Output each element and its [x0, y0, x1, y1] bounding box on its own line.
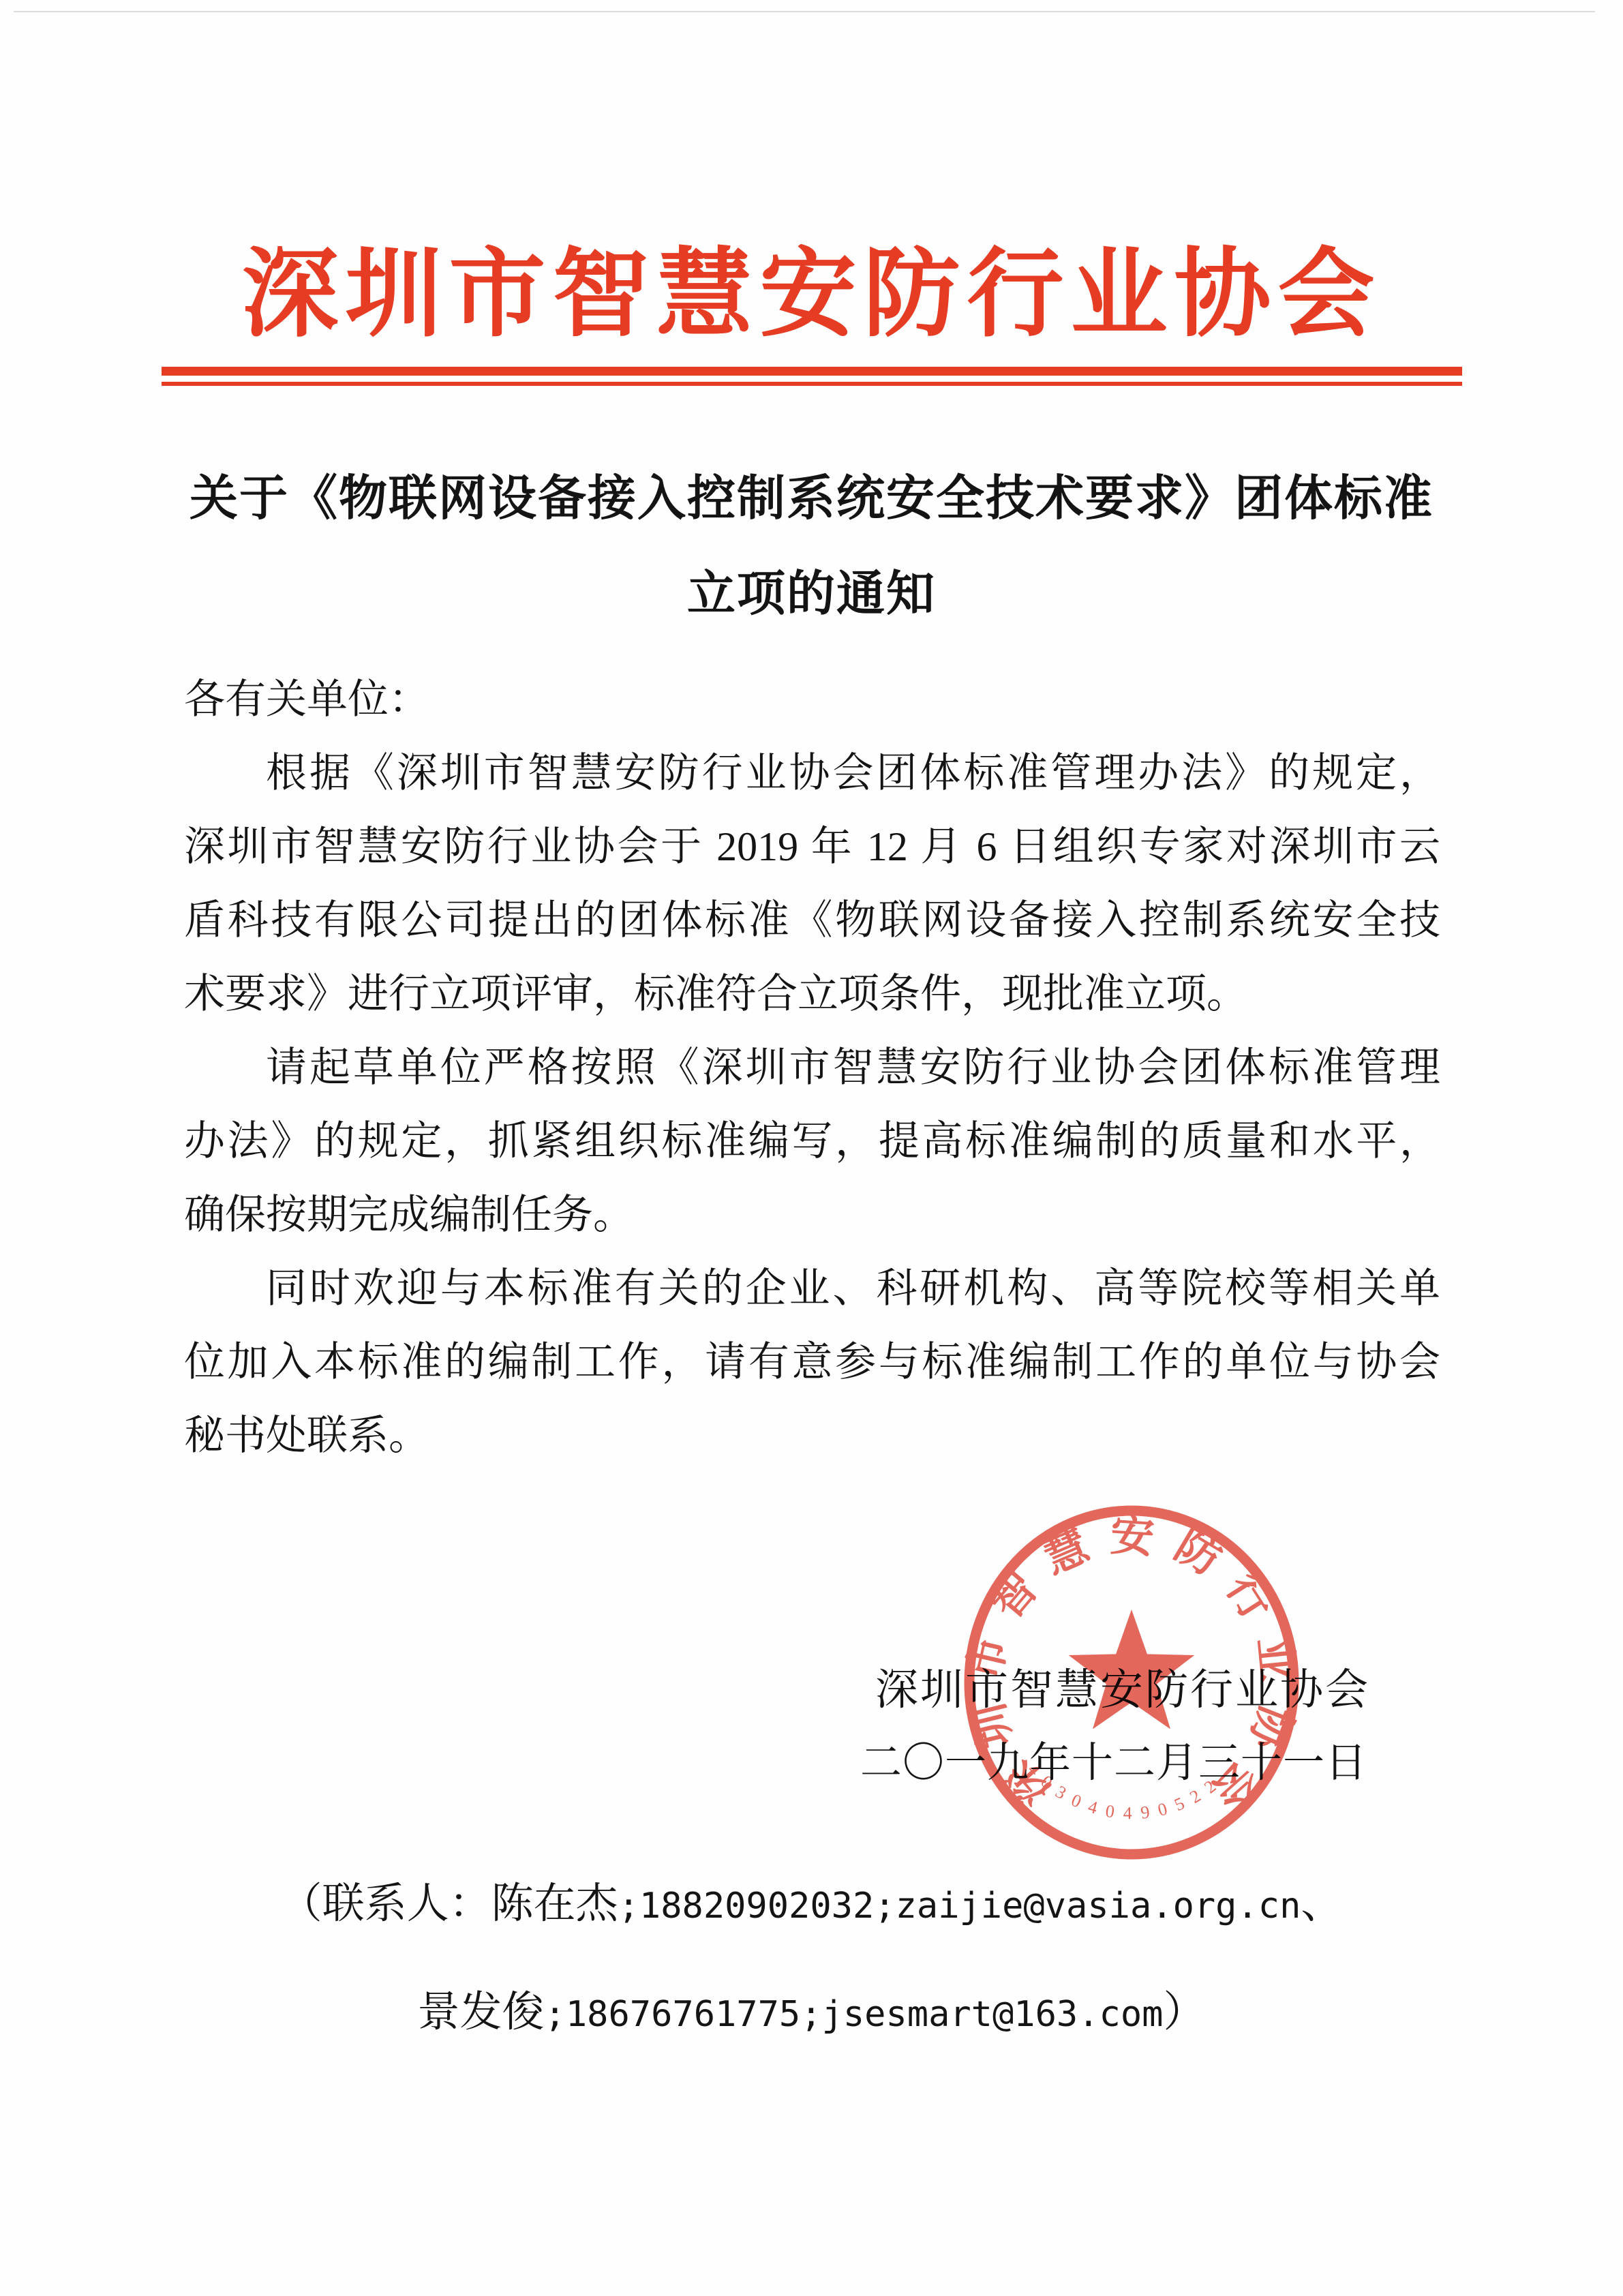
- body-line: 同时欢迎与本标准有关的企业、科研机构、高等院校等相关单: [184, 1252, 1440, 1325]
- salutation: 各有关单位：: [184, 663, 1440, 736]
- body-line: 位加入本标准的编制工作，请有意参与标准编制工作的单位与协会: [184, 1325, 1440, 1399]
- official-seal: 深圳市智慧安防行业协会 403040490522: [960, 1504, 1304, 1865]
- body-line: 根据《深圳市智慧安防行业协会团体标准管理办法》的规定，: [184, 736, 1440, 810]
- body-line: 办法》的规定，抓紧组织标准编写，提高标准编制的质量和水平，: [184, 1104, 1440, 1178]
- contact-line-2-name: 景发俊: [418, 1989, 545, 2036]
- body-line: 术要求》进行立项评审，标准符合立项条件，现批准立项。: [184, 957, 1440, 1031]
- contact-line-1-separator: 、: [1301, 1881, 1343, 1927]
- body-line: 盾科技有限公司提出的团体标准《物联网设备接入控制系统安全技: [184, 883, 1440, 957]
- letterhead-org-title: 深圳市智慧安防行业协会: [0, 240, 1623, 349]
- letterhead-rule-thick: [162, 367, 1462, 376]
- body-text: 各有关单位： 根据《深圳市智慧安防行业协会团体标准管理办法》的规定， 深圳市智慧…: [184, 663, 1440, 1472]
- contact-line-1-name: （联系人：陈在杰: [280, 1881, 618, 1927]
- body-line: 秘书处联系。: [184, 1399, 1440, 1472]
- body-line: 深圳市智慧安防行业协会于 2019 年 12 月 6 日组织专家对深圳市云: [184, 810, 1440, 883]
- contact-line-2-close-paren: ）: [1163, 1989, 1205, 2036]
- contact-line-1-phone-email: ;18820902032;zaijie@vasia.org.cn: [618, 1886, 1301, 1927]
- document-title-line-1: 关于《物联网设备接入控制系统安全技术要求》团体标准: [0, 451, 1623, 547]
- document-title: 关于《物联网设备接入控制系统安全技术要求》团体标准 立项的通知: [0, 451, 1623, 642]
- document-page: 深圳市智慧安防行业协会 关于《物联网设备接入控制系统安全技术要求》团体标准 立项…: [0, 0, 1623, 2296]
- seal-star-icon: [1069, 1610, 1195, 1729]
- contact-info: （联系人：陈在杰;18820902032;zaijie@vasia.org.cn…: [0, 1869, 1623, 2038]
- document-title-line-2: 立项的通知: [0, 547, 1623, 642]
- body-line: 请起草单位严格按照《深圳市智慧安防行业协会团体标准管理: [184, 1031, 1440, 1104]
- contact-line-2-phone-email: ;18676761775;jsesmart@163.com: [545, 1994, 1164, 2035]
- scanner-edge-artifact: [14, 11, 1595, 12]
- letterhead-rule-thin: [162, 382, 1462, 386]
- seal-code-text: 403040490522: [1024, 1759, 1227, 1823]
- contact-line-2: 景发俊;18676761775;jsesmart@163.com）: [0, 1978, 1623, 2038]
- body-line: 确保按期完成编制任务。: [184, 1178, 1440, 1252]
- contact-line-1: （联系人：陈在杰;18820902032;zaijie@vasia.org.cn…: [0, 1869, 1623, 1930]
